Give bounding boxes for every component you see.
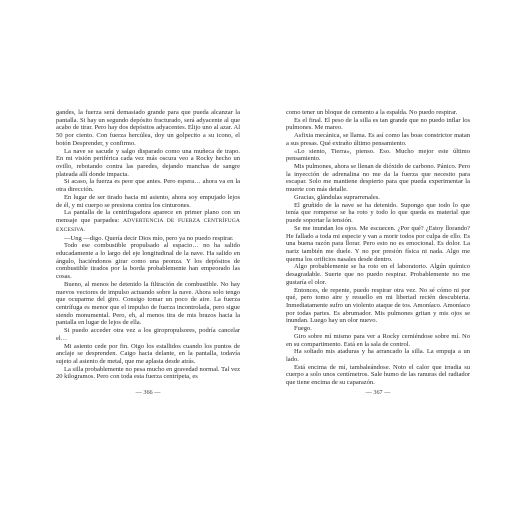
left-page: gandes, la fuerza será demasiado grande …	[56, 109, 240, 381]
paragraph: La silla probablemente no pesa mucho en …	[56, 366, 240, 381]
paragraph: Todo ese combustible propulsado al espac…	[56, 242, 240, 281]
paragraph: Mis pulmones, ahora se llenan de dióxido…	[286, 163, 470, 194]
paragraph: Bueno, al menos he detenido la filtració…	[56, 281, 240, 327]
paragraph: Giro sobre mí mismo para ver a Rocky cer…	[286, 333, 470, 348]
paragraph: Gracias, glándulas suprarrenales.	[286, 194, 470, 202]
paragraph: Algo probablemente se ha roto en el labo…	[286, 263, 470, 286]
paragraph: Si puedo acceder otra vez a los giroprop…	[56, 327, 240, 342]
paragraph-with-warning: La pantalla de la centrifugadora aparece…	[56, 209, 240, 234]
paragraph: gandes, la fuerza será demasiado grande …	[56, 109, 240, 148]
paragraph: En lugar de ser tirado hacia mi asiento,…	[56, 194, 240, 209]
page-number-left: — 366 —	[56, 389, 240, 396]
right-page: como tener un bloque de cemento a la esp…	[286, 109, 470, 387]
paragraph: Si acaso, la fuerza es peor que antes. P…	[56, 178, 240, 193]
paragraph: «Lo siento, Tierra», pienso. Eso. Mucho …	[286, 148, 470, 163]
paragraph: Entonces, de repente, puedo respirar otr…	[286, 287, 470, 326]
paragraph: Asfixia mecánica, se llama. Es así como …	[286, 132, 470, 147]
paragraph: Mi asiento cede por fin. Oigo los estall…	[56, 343, 240, 366]
paragraph: Fuego.	[286, 325, 470, 333]
paragraph: como tener un bloque de cemento a la esp…	[286, 109, 470, 117]
paragraph: El gruñido de la nave se ha detenido. Su…	[286, 202, 470, 225]
page-number-right: — 367 —	[286, 389, 470, 396]
paragraph: Está encima de mí, tambaleándose. Noto e…	[286, 364, 470, 387]
paragraph: Ha soltado mis ataduras y ha arrancado l…	[286, 348, 470, 363]
paragraph: Se me inundan los ojos. Me escuecen. ¿Po…	[286, 225, 470, 264]
paragraph: La nave se sacude y salgo disparado como…	[56, 148, 240, 179]
paragraph: Es el final. El peso de la silla es tan …	[286, 117, 470, 132]
paragraph: —Ung —digo. Quería decir Dios mío, pero …	[56, 235, 240, 243]
